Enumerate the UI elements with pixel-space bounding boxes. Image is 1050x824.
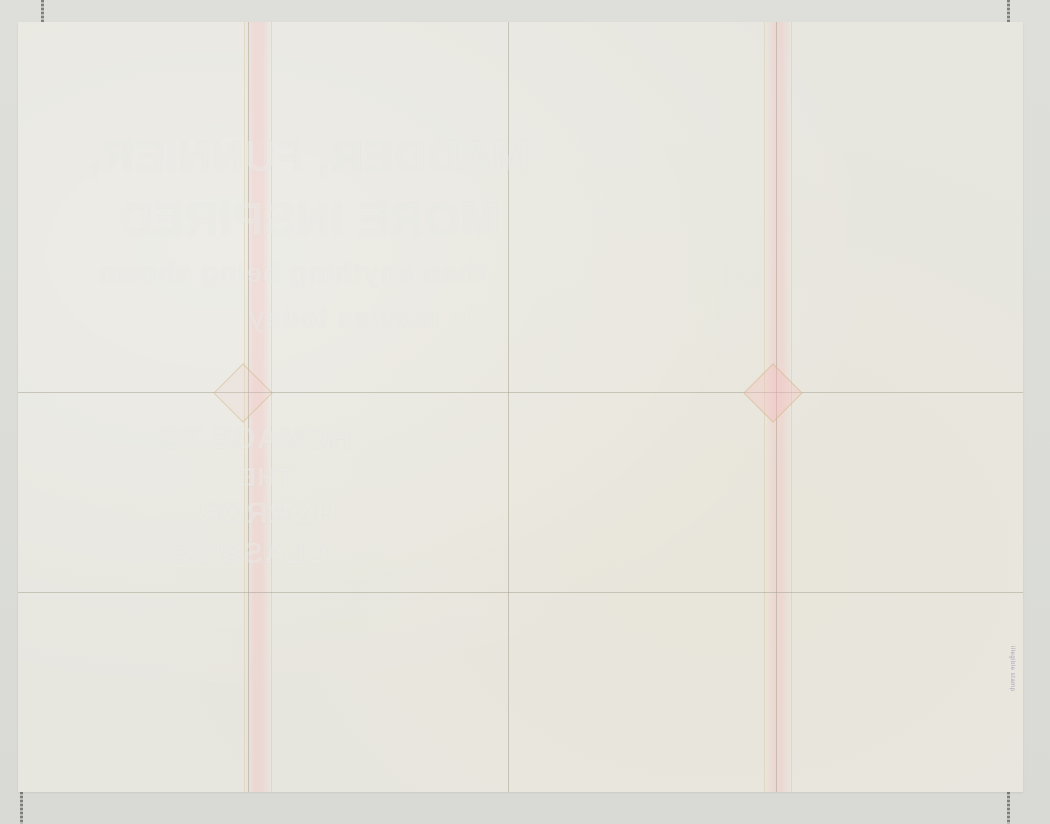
show-through-block2-line-4: CLASSICS: [168, 537, 328, 571]
fold-stain-center: [743, 363, 802, 422]
show-through-line-2: MORE INSPIRED: [118, 192, 499, 246]
fold-line-horizontal-1: [18, 392, 1023, 393]
show-through-line-1: MADDER, FUNNIER,: [88, 132, 529, 182]
show-through-line-3: than anything being shown: [98, 257, 485, 289]
show-through-block2-line-2: THE: [238, 462, 293, 493]
show-through-block2-line-3: HORROR: [198, 497, 337, 531]
back-stamp: illegible stamp: [1009, 646, 1015, 692]
show-through-line-4: in movies today: [248, 302, 475, 334]
fold-line-horizontal-2: [18, 592, 1023, 593]
show-through-block2-line-1: HOMAGE TO: [158, 422, 351, 456]
hanging-clip-bottom-right: [1007, 792, 1010, 824]
poster-back: MADDER, FUNNIER, MORE INSPIRED than anyt…: [18, 22, 1023, 792]
